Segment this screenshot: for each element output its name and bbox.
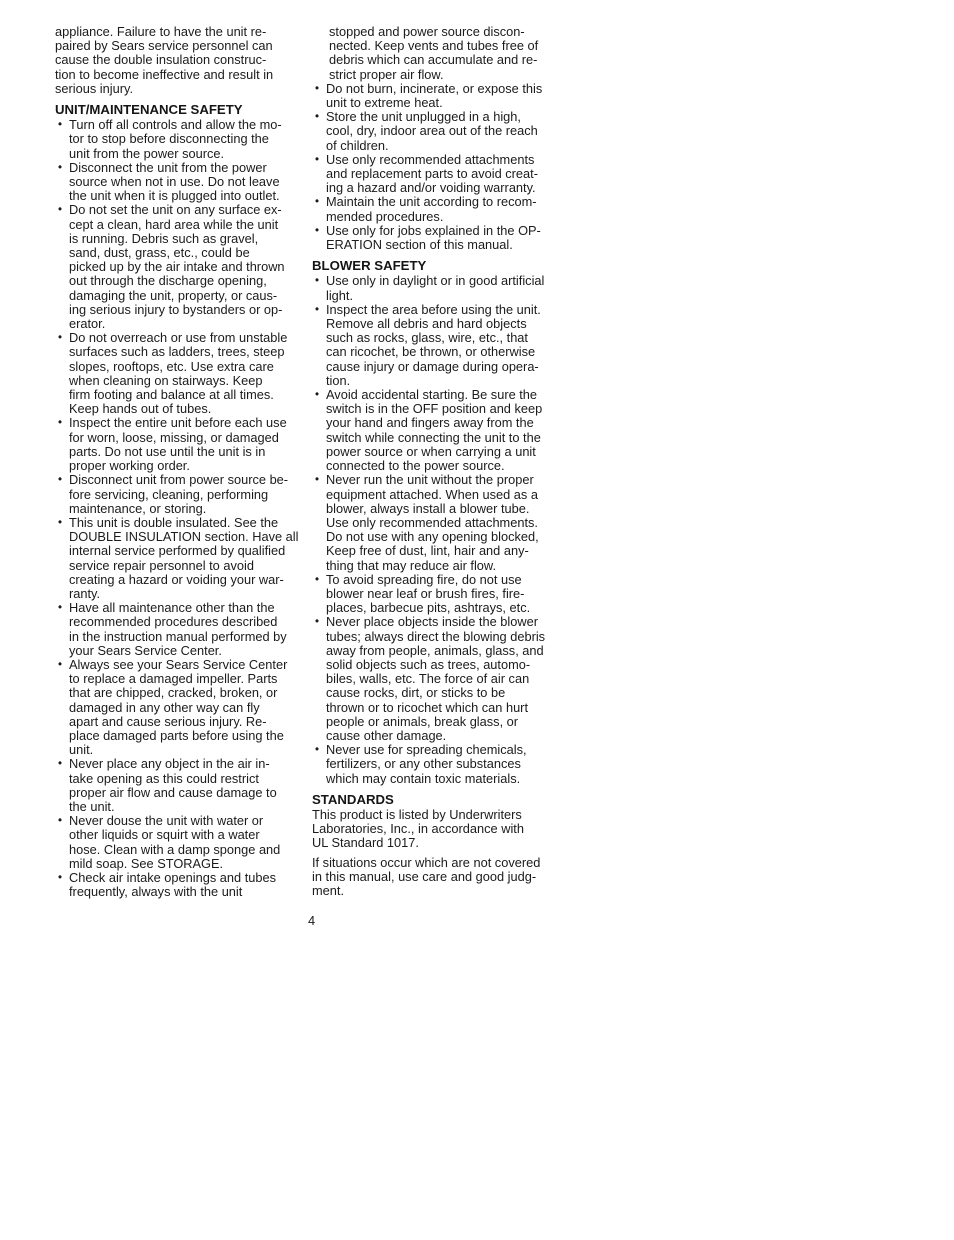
bullet-item: • Use only for jobs explained in the OP-… (312, 224, 596, 252)
intro-paragraph: appliance. Failure to have the unit re- … (55, 25, 313, 96)
bullet-text: Maintain the unit according to recom- me… (326, 195, 596, 223)
bullet-text: To avoid spreading fire, do not use blow… (326, 573, 596, 616)
bullet-item: • Never place any object in the air in- … (55, 757, 313, 814)
bullet-icon: • (312, 224, 326, 252)
left-column: appliance. Failure to have the unit re- … (55, 25, 313, 899)
bullet-text: This unit is double insulated. See the D… (69, 516, 313, 601)
bullet-text: Do not burn, incinerate, or expose this … (326, 82, 596, 110)
bullet-item: • Store the unit unplugged in a high, co… (312, 110, 596, 153)
bullet-text: Use only recommended attachments and rep… (326, 153, 596, 196)
bullet-text: Turn off all controls and allow the mo- … (69, 118, 313, 161)
bullet-icon: • (312, 473, 326, 572)
bullet-item: • Disconnect the unit from the power sou… (55, 161, 313, 204)
bullet-text: Use only for jobs explained in the OP- E… (326, 224, 596, 252)
section-heading-standards: STANDARDS (312, 793, 596, 807)
bullet-icon: • (312, 303, 326, 388)
bullet-item: • Do not burn, incinerate, or expose thi… (312, 82, 596, 110)
bullet-text: Do not set the unit on any surface ex- c… (69, 203, 313, 331)
bullet-text: Have all maintenance other than the reco… (69, 601, 313, 658)
bullet-icon: • (55, 331, 69, 416)
bullet-icon: • (55, 871, 69, 899)
bullet-item: • Do not set the unit on any surface ex-… (55, 203, 313, 331)
bullet-item: • Avoid accidental starting. Be sure the… (312, 388, 596, 473)
bullet-item: • Never place objects inside the blower … (312, 615, 596, 743)
bullet-text: Do not overreach or use from unstable su… (69, 331, 313, 416)
section-heading-unit-maintenance-safety: UNIT/MAINTENANCE SAFETY (55, 103, 313, 117)
bullet-item: • Use only in daylight or in good artifi… (312, 274, 596, 302)
bullet-icon: • (55, 516, 69, 601)
bullet-icon: • (55, 118, 69, 161)
bullet-item: • Turn off all controls and allow the mo… (55, 118, 313, 161)
bullet-text: Never run the unit without the proper eq… (326, 473, 596, 572)
bullet-icon: • (312, 743, 326, 786)
bullet-item: • Check air intake openings and tubes fr… (55, 871, 313, 899)
bullet-item: • Have all maintenance other than the re… (55, 601, 313, 658)
bullet-item: • Do not overreach or use from unstable … (55, 331, 313, 416)
bullet-item: • Use only recommended attachments and r… (312, 153, 596, 196)
bullet-text: Check air intake openings and tubes freq… (69, 871, 313, 899)
bullet-item: • Never run the unit without the proper … (312, 473, 596, 572)
bullet-item: • Never use for spreading chemicals, fer… (312, 743, 596, 786)
bullet-item: • Inspect the entire unit before each us… (55, 416, 313, 473)
bullet-icon: • (55, 757, 69, 814)
bullet-text: Never douse the unit with water or other… (69, 814, 313, 871)
bullet-icon: • (312, 110, 326, 153)
right-column: stopped and power source discon- nected.… (312, 25, 596, 898)
document-page: appliance. Failure to have the unit re- … (0, 0, 954, 1240)
continuation-paragraph: stopped and power source discon- nected.… (312, 25, 596, 82)
bullet-text: Disconnect the unit from the power sourc… (69, 161, 313, 204)
bullet-icon: • (55, 658, 69, 757)
standards-paragraph: This product is listed by Underwriters L… (312, 808, 596, 851)
bullet-item: • To avoid spreading fire, do not use bl… (312, 573, 596, 616)
page-number: 4 (55, 914, 568, 928)
bullet-item: • Inspect the area before using the unit… (312, 303, 596, 388)
bullet-icon: • (312, 274, 326, 302)
bullet-text: Use only in daylight or in good artifici… (326, 274, 596, 302)
bullet-icon: • (312, 195, 326, 223)
bullet-icon: • (55, 814, 69, 871)
bullet-text: Always see your Sears Service Center to … (69, 658, 313, 757)
bullet-text: Never use for spreading chemicals, ferti… (326, 743, 596, 786)
section-heading-blower-safety: BLOWER SAFETY (312, 259, 596, 273)
bullet-icon: • (55, 416, 69, 473)
bullet-text: Avoid accidental starting. Be sure the s… (326, 388, 596, 473)
bullet-icon: • (55, 161, 69, 204)
bullet-icon: • (312, 153, 326, 196)
bullet-item: • Maintain the unit according to recom- … (312, 195, 596, 223)
bullet-item: • This unit is double insulated. See the… (55, 516, 313, 601)
bullet-icon: • (312, 615, 326, 743)
bullet-text: Inspect the area before using the unit. … (326, 303, 596, 388)
standards-paragraph: If situations occur which are not covere… (312, 856, 596, 899)
bullet-text: Never place any object in the air in- ta… (69, 757, 313, 814)
bullet-item: • Always see your Sears Service Center t… (55, 658, 313, 757)
bullet-icon: • (312, 573, 326, 616)
bullet-text: Store the unit unplugged in a high, cool… (326, 110, 596, 153)
bullet-item: • Disconnect unit from power source be- … (55, 473, 313, 516)
bullet-icon: • (312, 82, 326, 110)
bullet-text: Disconnect unit from power source be- fo… (69, 473, 313, 516)
bullet-icon: • (55, 473, 69, 516)
bullet-text: Inspect the entire unit before each use … (69, 416, 313, 473)
bullet-item: • Never douse the unit with water or oth… (55, 814, 313, 871)
bullet-icon: • (312, 388, 326, 473)
bullet-icon: • (55, 601, 69, 658)
bullet-icon: • (55, 203, 69, 331)
bullet-text: Never place objects inside the blower tu… (326, 615, 596, 743)
